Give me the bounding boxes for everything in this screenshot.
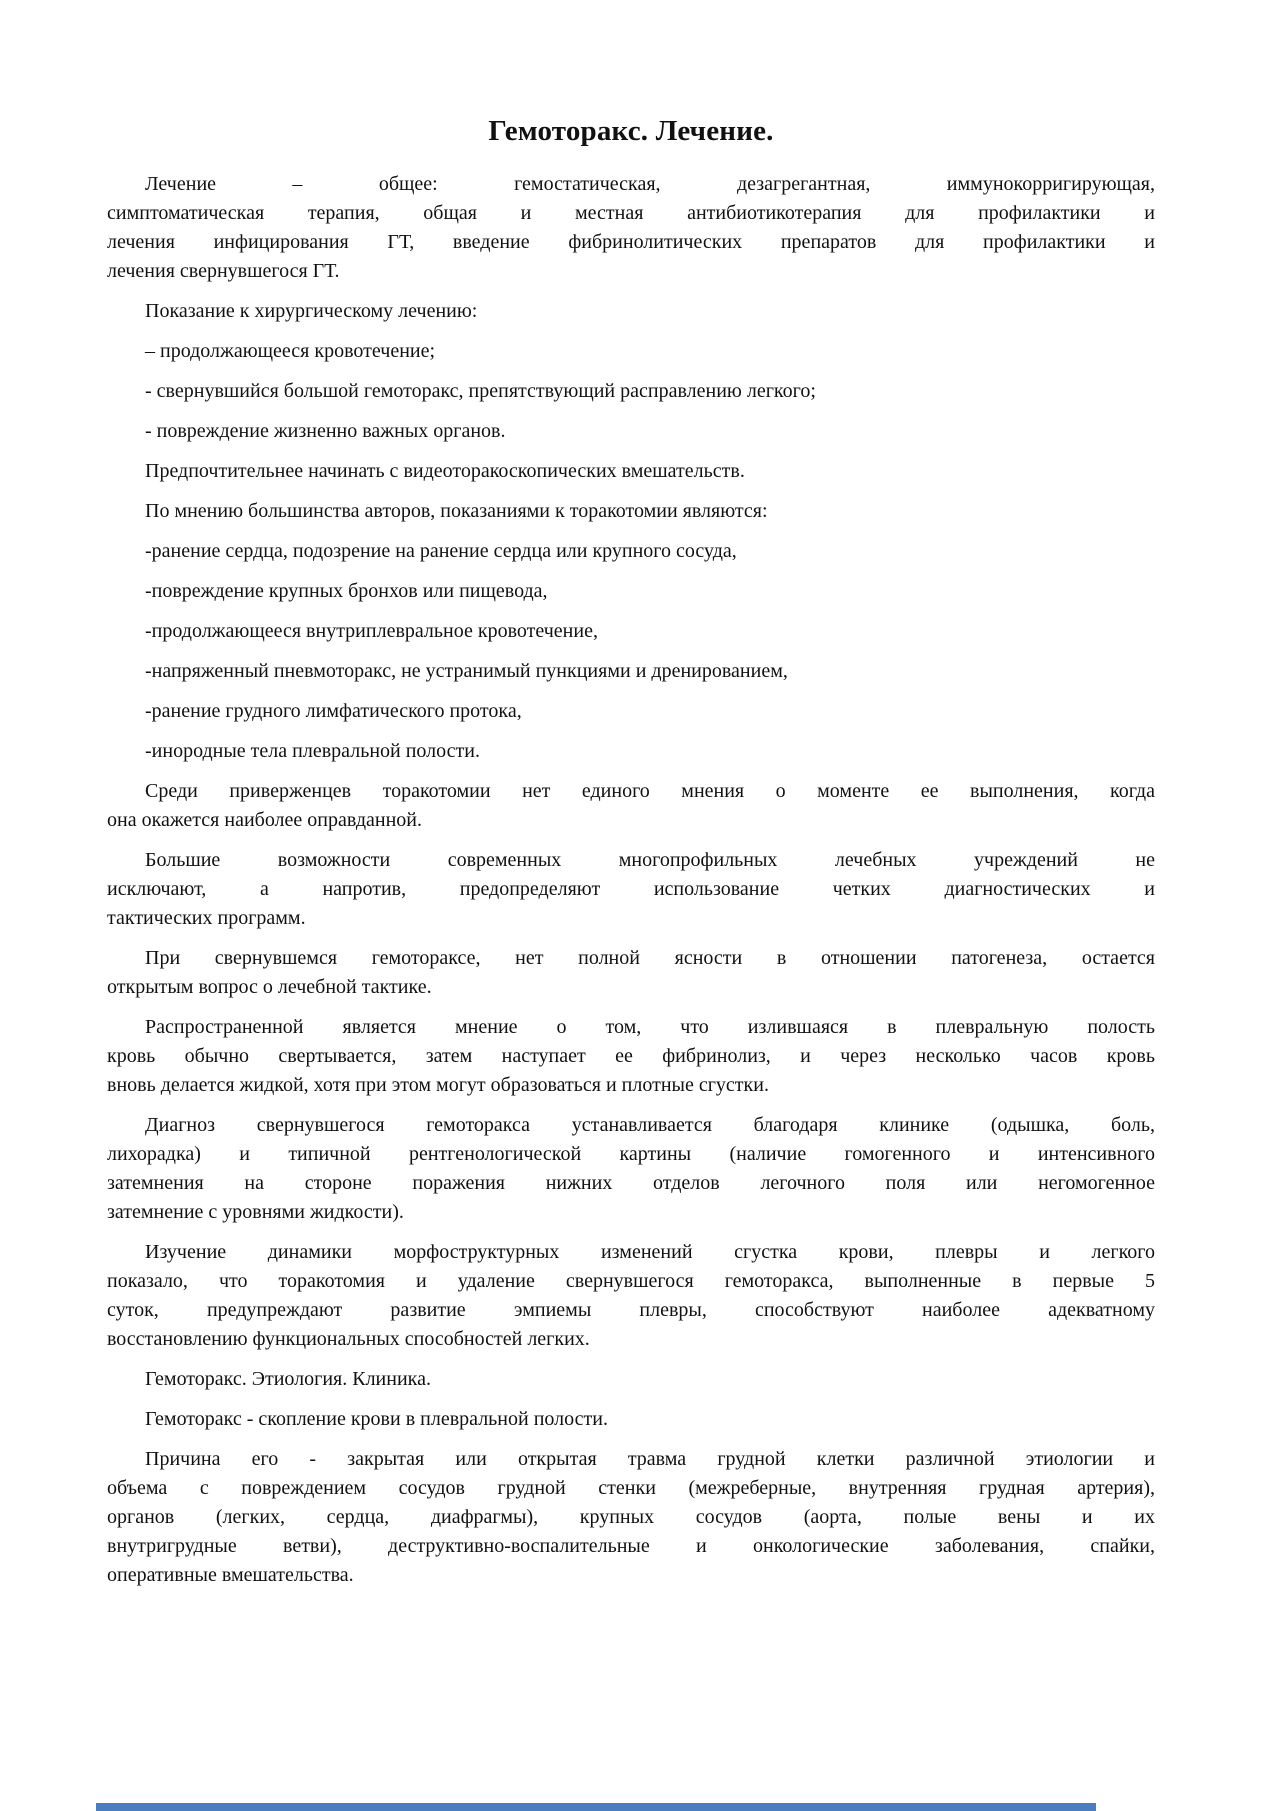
text-line: затемнения на стороне поражения нижних о…	[107, 1169, 1155, 1198]
paragraph: – продолжающееся кровотечение;	[107, 337, 1155, 366]
text-line: При свернувшемся гемотораксе, нет полной…	[107, 944, 1155, 973]
text-line: Показание к хирургическому лечению:	[107, 297, 1155, 326]
paragraph: - свернувшийся большой гемоторакс, препя…	[107, 377, 1155, 406]
text-line: объема с повреждением сосудов грудной ст…	[107, 1474, 1155, 1503]
paragraph: Гемоторакс. Этиология. Клиника.	[107, 1365, 1155, 1394]
text-line: лечения инфицирования ГТ, введение фибри…	[107, 228, 1155, 257]
document-page: Гемоторакс. Лечение. Лечение – общее: ге…	[0, 0, 1280, 1811]
text-line: показало, что торакотомия и удаление све…	[107, 1267, 1155, 1296]
text-line: Лечение – общее: гемостатическая, дезагр…	[107, 170, 1155, 199]
text-line: вновь делается жидкой, хотя при этом мог…	[107, 1071, 1155, 1100]
paragraph: -продолжающееся внутриплевральное кровот…	[107, 617, 1155, 646]
text-line: открытым вопрос о лечебной тактике.	[107, 973, 1155, 1002]
paragraph: Среди приверженцев торакотомии нет едино…	[107, 777, 1155, 835]
text-line: лихорадка) и типичной рентгенологической…	[107, 1140, 1155, 1169]
paragraph: -ранение грудного лимфатического протока…	[107, 697, 1155, 726]
paragraph: Показание к хирургическому лечению:	[107, 297, 1155, 326]
text-line: затемнение с уровнями жидкости).	[107, 1198, 1155, 1227]
paragraph: Распространенной является мнение о том, …	[107, 1013, 1155, 1100]
text-line: -напряженный пневмоторакс, не устранимый…	[107, 657, 1155, 686]
text-line: -ранение грудного лимфатического протока…	[107, 697, 1155, 726]
text-line: Причина его - закрытая или открытая трав…	[107, 1445, 1155, 1474]
paragraph: Лечение – общее: гемостатическая, дезагр…	[107, 170, 1155, 286]
text-line: Изучение динамики морфоструктурных измен…	[107, 1238, 1155, 1267]
text-line: Распространенной является мнение о том, …	[107, 1013, 1155, 1042]
paragraph: Диагноз свернувшегося гемоторакса устана…	[107, 1111, 1155, 1227]
text-line: -ранение сердца, подозрение на ранение с…	[107, 537, 1155, 566]
paragraph: Гемоторакс - скопление крови в плевральн…	[107, 1405, 1155, 1434]
text-line: Большие возможности современных многопро…	[107, 846, 1155, 875]
text-line: Гемоторакс - скопление крови в плевральн…	[107, 1405, 1155, 1434]
bottom-accent-bar	[96, 1803, 1096, 1811]
paragraph: При свернувшемся гемотораксе, нет полной…	[107, 944, 1155, 1002]
paragraph: Большие возможности современных многопро…	[107, 846, 1155, 933]
paragraph: -инородные тела плевральной полости.	[107, 737, 1155, 766]
paragraph: -напряженный пневмоторакс, не устранимый…	[107, 657, 1155, 686]
text-line: - свернувшийся большой гемоторакс, препя…	[107, 377, 1155, 406]
text-line: кровь обычно свертывается, затем наступа…	[107, 1042, 1155, 1071]
document-title: Гемоторакс. Лечение.	[107, 112, 1155, 150]
text-line: -инородные тела плевральной полости.	[107, 737, 1155, 766]
document-content: Гемоторакс. Лечение. Лечение – общее: ге…	[107, 112, 1155, 1601]
text-line: симптоматическая терапия, общая и местна…	[107, 199, 1155, 228]
paragraph: -ранение сердца, подозрение на ранение с…	[107, 537, 1155, 566]
paragraph: Изучение динамики морфоструктурных измен…	[107, 1238, 1155, 1354]
text-line: -продолжающееся внутриплевральное кровот…	[107, 617, 1155, 646]
paragraph: Предпочтительнее начинать с видеоторакос…	[107, 457, 1155, 486]
paragraph: Причина его - закрытая или открытая трав…	[107, 1445, 1155, 1590]
paragraph: -повреждение крупных бронхов или пищевод…	[107, 577, 1155, 606]
text-line: внутригрудные ветви), деструктивно-воспа…	[107, 1532, 1155, 1561]
text-line: -повреждение крупных бронхов или пищевод…	[107, 577, 1155, 606]
text-line: она окажется наиболее оправданной.	[107, 806, 1155, 835]
text-line: По мнению большинства авторов, показания…	[107, 497, 1155, 526]
text-line: Среди приверженцев торакотомии нет едино…	[107, 777, 1155, 806]
text-line: тактических программ.	[107, 904, 1155, 933]
text-line: оперативные вмешательства.	[107, 1561, 1155, 1590]
paragraph: - повреждение жизненно важных органов.	[107, 417, 1155, 446]
paragraph: По мнению большинства авторов, показания…	[107, 497, 1155, 526]
text-line: лечения свернувшегося ГТ.	[107, 257, 1155, 286]
document-body: Лечение – общее: гемостатическая, дезагр…	[107, 170, 1155, 1590]
text-line: восстановлению функциональных способност…	[107, 1325, 1155, 1354]
text-line: - повреждение жизненно важных органов.	[107, 417, 1155, 446]
text-line: Предпочтительнее начинать с видеоторакос…	[107, 457, 1155, 486]
text-line: Гемоторакс. Этиология. Клиника.	[107, 1365, 1155, 1394]
text-line: Диагноз свернувшегося гемоторакса устана…	[107, 1111, 1155, 1140]
text-line: суток, предупреждают развитие эмпиемы пл…	[107, 1296, 1155, 1325]
text-line: исключают, а напротив, предопределяют ис…	[107, 875, 1155, 904]
text-line: – продолжающееся кровотечение;	[107, 337, 1155, 366]
text-line: органов (легких, сердца, диафрагмы), кру…	[107, 1503, 1155, 1532]
